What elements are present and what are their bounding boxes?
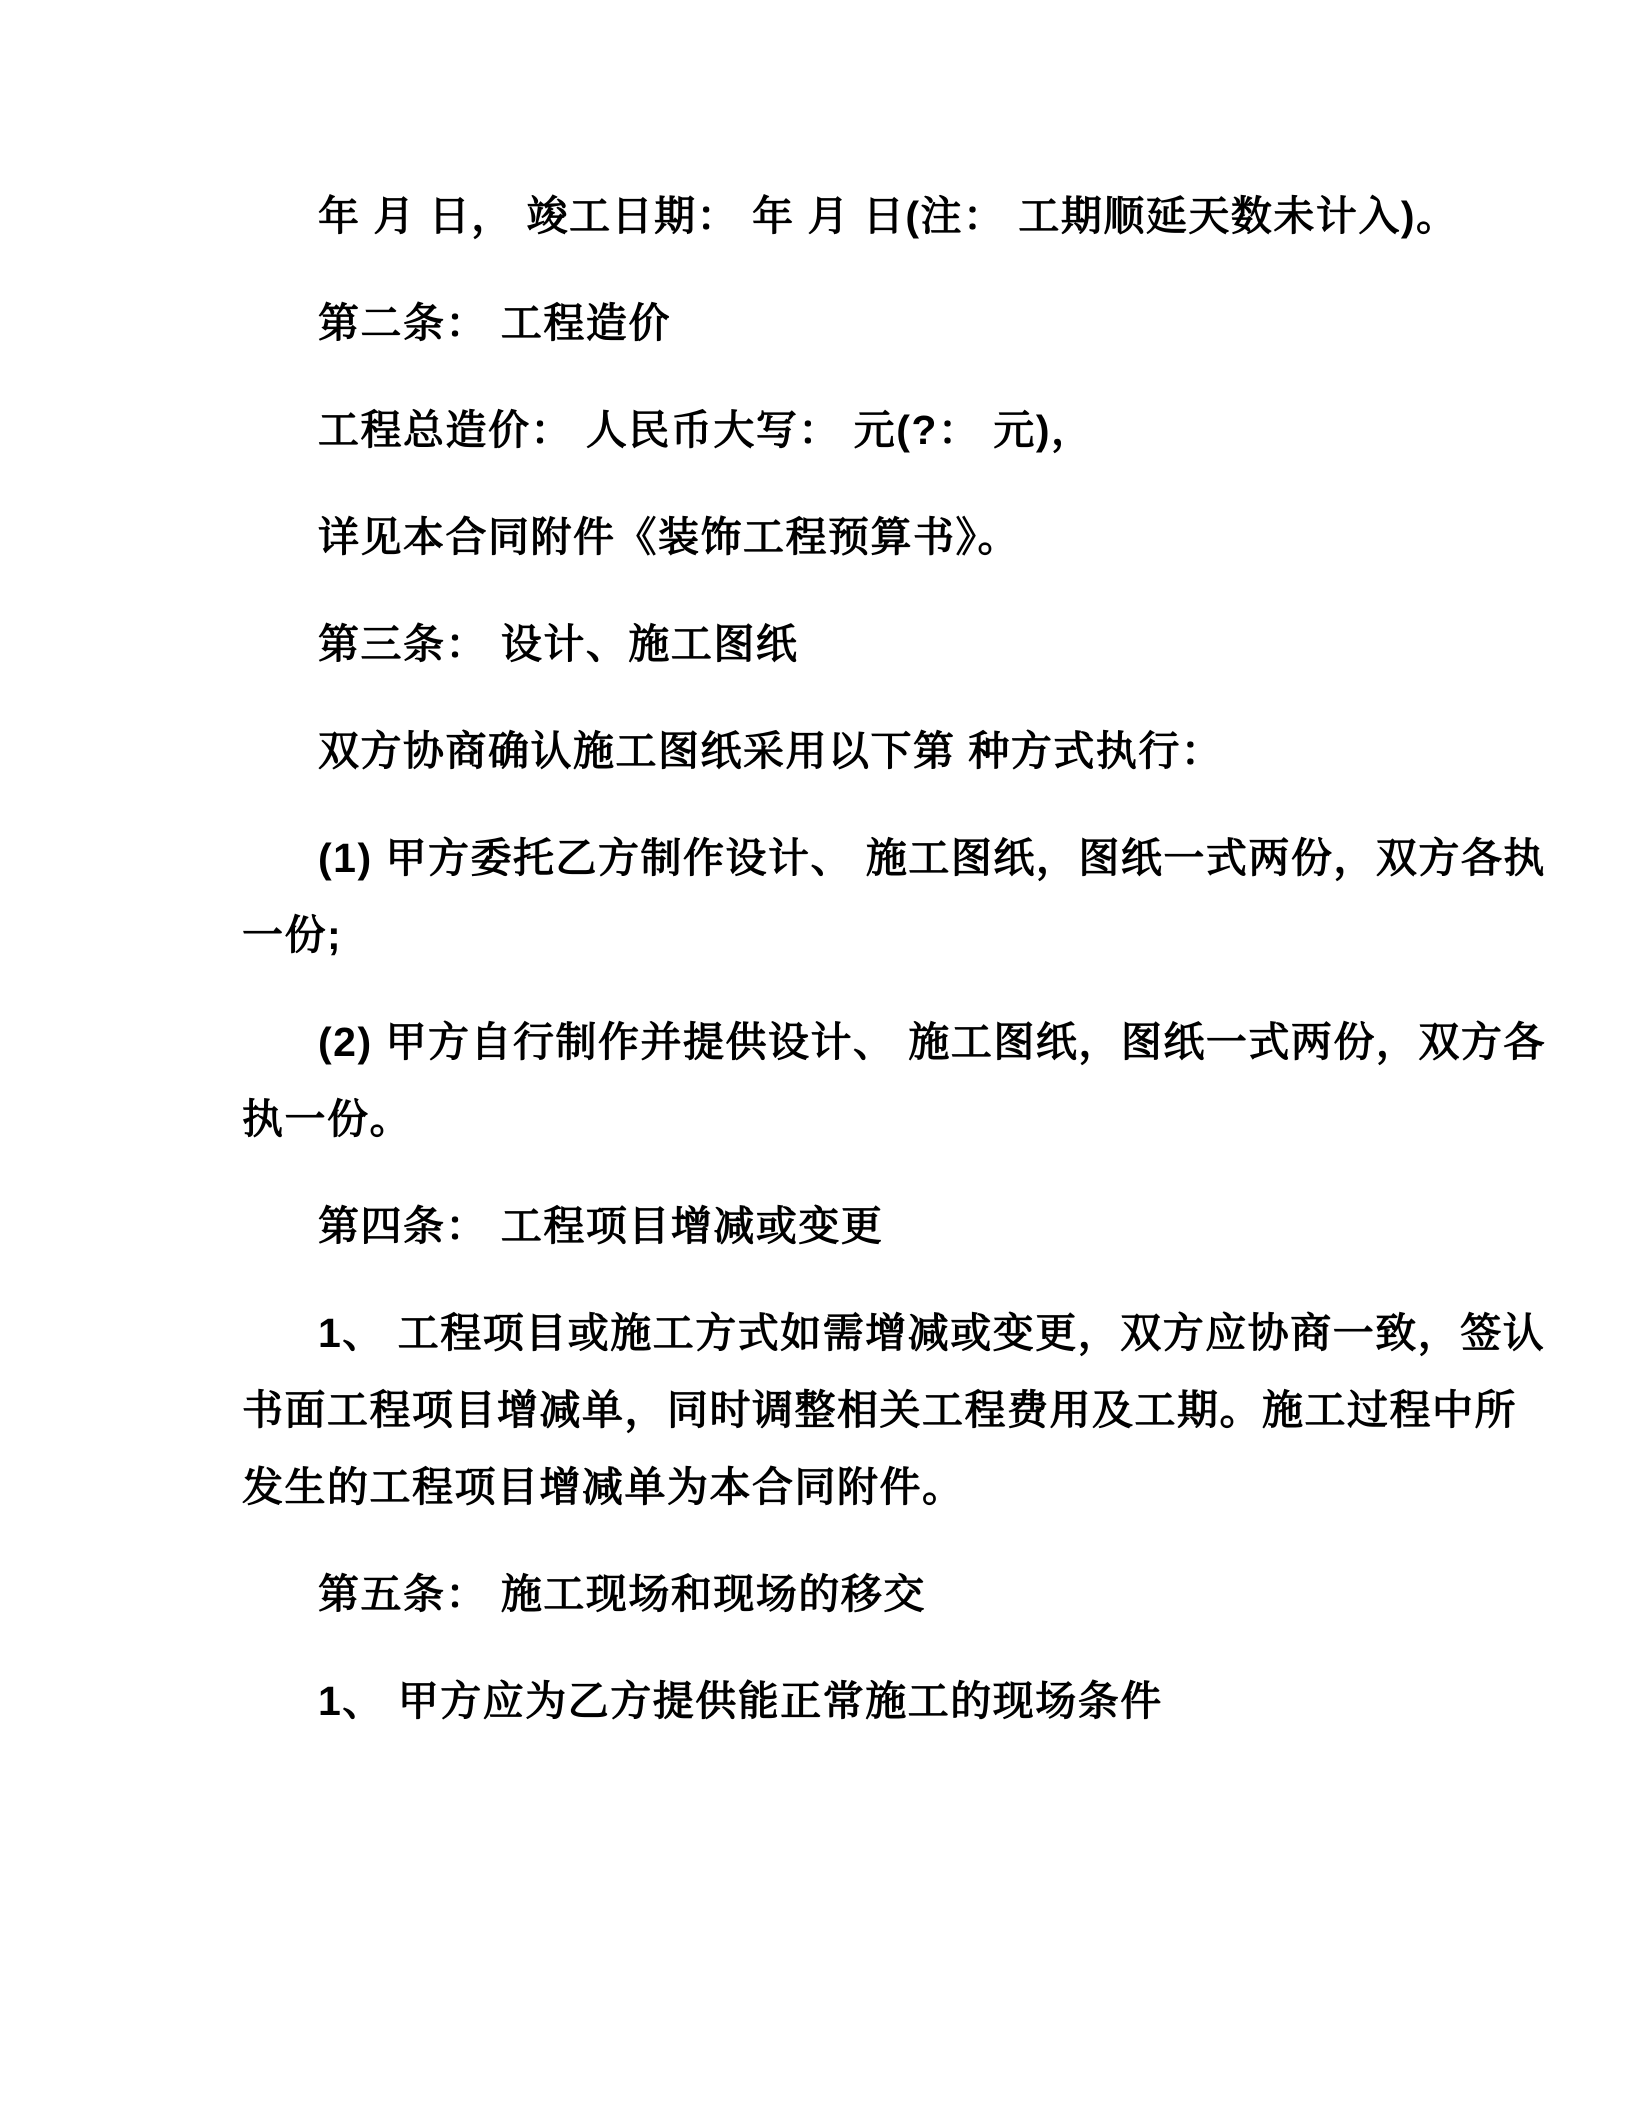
line-total-project-cost: 工程总造价： 人民币大写： 元(?： 元)， [242,392,1472,469]
line-drawing-method-intro: 双方协商确认施工图纸采用以下第 种方式执行： [242,713,1472,790]
line-option-1: (1) 甲方委托乙方制作设计、 施工图纸，图纸一式两份，双方各执 [242,820,1472,897]
heading-article-5: 第五条： 施工现场和现场的移交 [242,1556,1472,1633]
line-completion-date: 年 月 日， 竣工日期： 年 月 日(注： 工期顺延天数未计入)。 [242,178,1472,255]
line-article4-clause1-cont1: 书面工程项目增减单，同时调整相关工程费用及工期。施工过程中所 [242,1372,1472,1449]
line-article4-clause1-cont2: 发生的工程项目增减单为本合同附件。 [242,1449,1472,1526]
line-option-2: (2) 甲方自行制作并提供设计、 施工图纸，图纸一式两份，双方各 [242,1004,1472,1081]
heading-article-4: 第四条： 工程项目增减或变更 [242,1188,1472,1265]
line-option-1-continuation: 一份; [242,897,1472,974]
heading-article-3: 第三条： 设计、施工图纸 [242,606,1472,683]
contract-document-page: 年 月 日， 竣工日期： 年 月 日(注： 工期顺延天数未计入)。 第二条： 工… [0,0,1632,2112]
line-article4-clause1: 1、 工程项目或施工方式如需增减或变更，双方应协商一致，签认 [242,1295,1472,1372]
line-option-2-continuation: 执一份。 [242,1081,1472,1158]
heading-article-2: 第二条： 工程造价 [242,285,1472,362]
line-see-contract-attachment: 详见本合同附件《装饰工程预算书》。 [242,499,1472,576]
line-article5-clause1: 1、 甲方应为乙方提供能正常施工的现场条件 [242,1663,1472,1740]
